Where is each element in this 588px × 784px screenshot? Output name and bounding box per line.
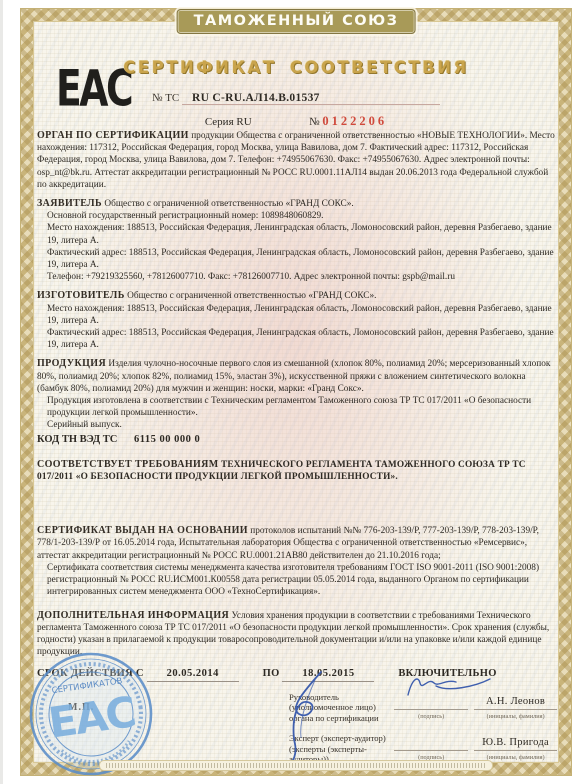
- section-issued-on-basis: СЕРТИФИКАТ ВЫДАН НА ОСНОВАНИИ протоколов…: [37, 525, 557, 598]
- applicant-line: Основной государственный регистрационный…: [47, 210, 557, 222]
- production-line: Серийный выпуск.: [47, 419, 557, 431]
- signature-caption: (подпись): [394, 711, 468, 723]
- applicant-line: Телефон: +79219325560, +78126007710. Фак…: [47, 271, 557, 283]
- validity-inclusive-label: ВКЛЮЧИТЕЛЬНО: [398, 668, 496, 679]
- section-certification-body: ОРГАН ПО СЕРТИФИКАЦИИ продукции Общества…: [37, 130, 557, 191]
- section-label: СООТВЕТСТВУЕТ ТРЕБОВАНИЯМ: [37, 459, 219, 470]
- head-signature-field: (подпись): [394, 695, 468, 723]
- section-label: ДОПОЛНИТЕЛЬНАЯ ИНФОРМАЦИЯ: [37, 610, 229, 621]
- certificate-number-row: № ТС RU C-RU.АЛ14.В.01537: [20, 92, 572, 105]
- series-row: Серия RU № 0122206: [20, 114, 572, 129]
- section-label: ИЗГОТОВИТЕЛЬ: [37, 290, 125, 301]
- head-signature-row: Руководитель (уполномоченное лицо) орган…: [289, 692, 557, 724]
- name-caption: (инициалы, фамилия): [474, 711, 557, 723]
- applicant-line: Место нахождения: 188513, Российская Фед…: [47, 222, 557, 246]
- manufacturer-intro: Общество с ограниченной ответственностью…: [127, 291, 376, 301]
- section-label: ПРОДУКЦИЯ: [37, 358, 106, 369]
- tnved-code-label: КОД ТН ВЭД ТС: [37, 434, 117, 445]
- printer-microtext-strip: [99, 760, 493, 771]
- head-role-label: Руководитель (уполномоченное лицо) орган…: [289, 692, 388, 724]
- signature-block: Руководитель (уполномоченное лицо) орган…: [289, 692, 557, 765]
- series-number-value: 0122206: [322, 114, 387, 128]
- series-label: Серия RU: [205, 116, 252, 128]
- certification-body-stamp: СЕРТИФИКАТОВ ЕАС: [27, 650, 155, 778]
- expert-name: Ю.В. Пригода: [474, 737, 557, 751]
- section-applicant: ЗАЯВИТЕЛЬ Общество с ограниченной ответс…: [37, 198, 557, 283]
- head-name-field: А.Н. Леонов (инициалы, фамилия): [474, 696, 557, 723]
- validity-to-date: 18.05.2015: [282, 668, 374, 681]
- head-name: А.Н. Леонов: [474, 696, 557, 710]
- basis-qms-certificate: Сертификата соответствия системы менеджм…: [47, 562, 557, 599]
- manufacturer-line: Фактический адрес: 188513, Российская Фе…: [47, 327, 557, 351]
- no-ts-label: № ТС: [152, 92, 179, 104]
- section-conforms: СООТВЕТСТВУЕТ ТРЕБОВАНИЯМ ТЕХНИЧЕСКОГО Р…: [37, 459, 557, 483]
- section-label: ЗАЯВИТЕЛЬ: [37, 198, 102, 209]
- production-line: Продукция изготовлена в соответствии с Т…: [47, 395, 557, 419]
- section-production: ПРОДУКЦИЯ Изделия чулочно-носочные перво…: [37, 358, 557, 445]
- no-ts-value: RU C-RU.АЛ14.В.01537: [182, 92, 440, 105]
- customs-union-banner: ТАМОЖЕННЫЙ СОЮЗ: [177, 9, 416, 34]
- manufacturer-line: Место нахождения: 188513, Российская Фед…: [47, 303, 557, 327]
- section-label: ОРГАН ПО СЕРТИФИКАЦИИ: [37, 130, 189, 141]
- tnved-code-row: КОД ТН ВЭД ТС 6115 00 000 0: [37, 434, 557, 446]
- production-description: Изделия чулочно-носочные первого слоя из…: [37, 359, 550, 393]
- validity-po-label: ПО: [263, 668, 280, 679]
- applicant-line: Фактический адрес: 188513, Российская Фе…: [47, 247, 557, 271]
- validity-from-date: 20.05.2014: [147, 668, 239, 681]
- applicant-intro: Общество с ограниченной ответственностью…: [104, 199, 353, 209]
- series-number-sign: №: [309, 116, 320, 128]
- certificate-title: СЕРТИФИКАТ СООТВЕТСТВИЯ: [20, 58, 572, 77]
- section-label: СЕРТИФИКАТ ВЫДАН НА ОСНОВАНИИ: [37, 525, 248, 536]
- section-manufacturer: ИЗГОТОВИТЕЛЬ Общество с ограниченной отв…: [37, 290, 557, 351]
- tnved-code-value: 6115 00 000 0: [120, 434, 200, 445]
